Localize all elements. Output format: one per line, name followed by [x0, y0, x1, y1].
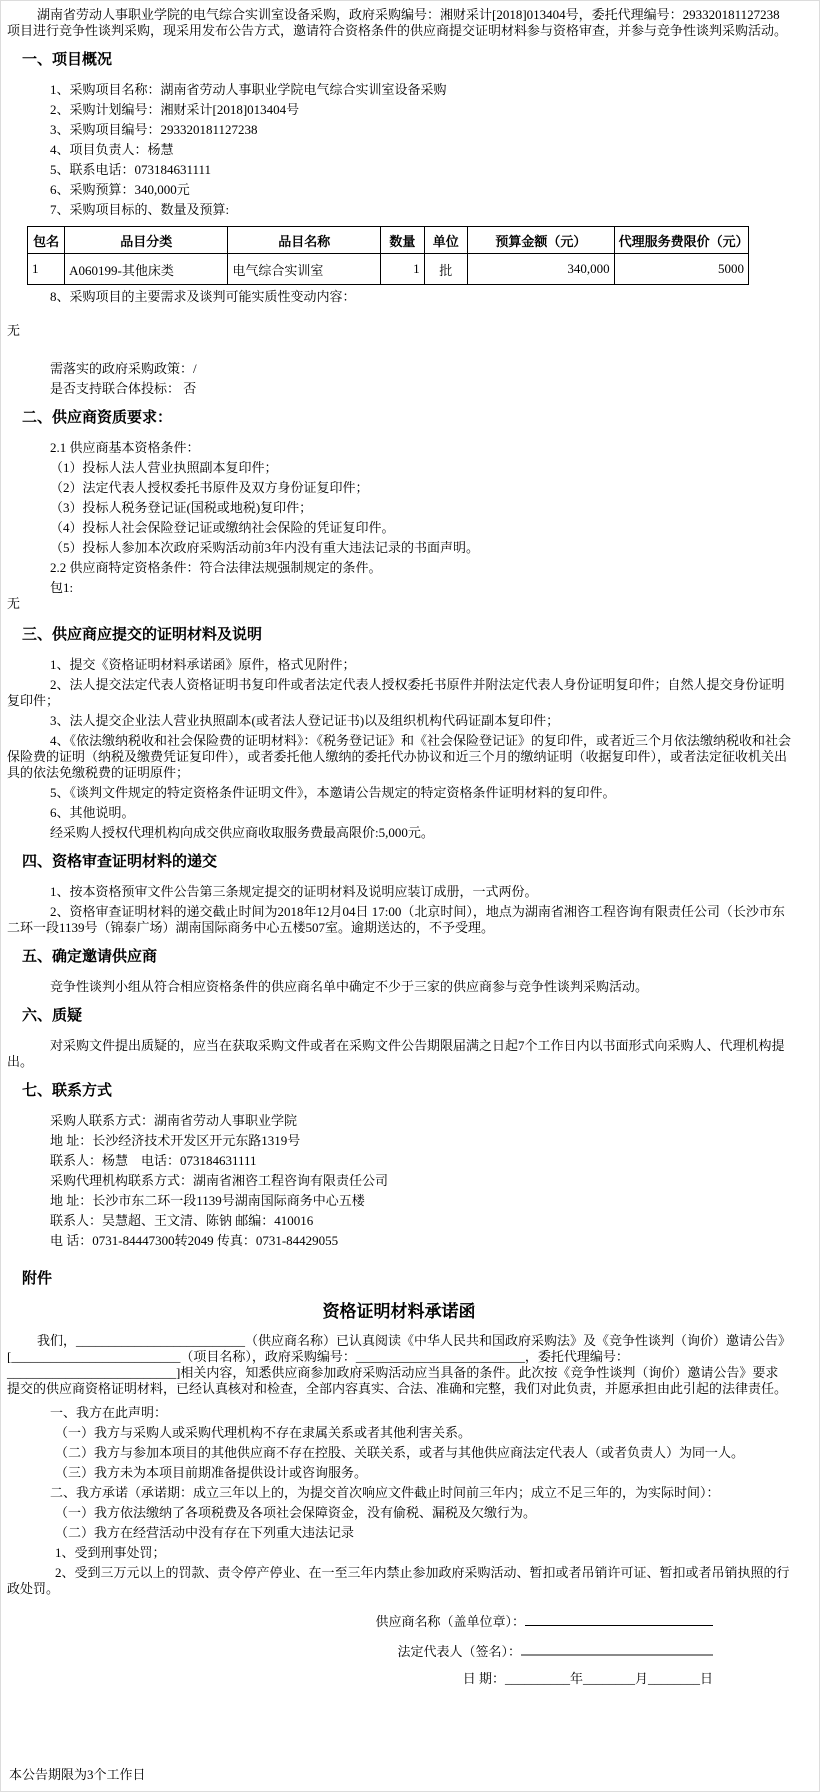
promise-title: 二、我方承诺（承诺期：成立三年以上的，为提交首次响应文件截止时间前三年内；成立不…: [7, 1485, 791, 1501]
promise-1: （一）我方依法缴纳了各项税费及各项社会保障资金，没有偷税、漏税及欠缴行为。: [7, 1505, 791, 1521]
purchaser-person: 联系人：杨慧 电话：073184631111: [7, 1153, 791, 1169]
items-intro: 7、采购项目标的、数量及预算:: [7, 202, 791, 218]
promise-2: （二）我方在经营活动中没有存在下列重大违法记录: [7, 1525, 791, 1541]
attachment-title: 资格证明材料承诺函: [7, 1301, 791, 1323]
cell-budget: 340,000: [468, 254, 615, 285]
intro-paragraph: 湖南省劳动人事职业学院的电气综合实训室设备采购，政府采购编号：湘财采计[2018…: [7, 7, 791, 39]
s2-cond-1: （1）投标人法人营业执照副本复印件；: [7, 460, 791, 476]
purchaser-contact: 采购人联系方式：湖南省劳动人事职业学院: [7, 1113, 791, 1129]
agency-persons: 联系人：吴慧超、王文清、陈钠 邮编：410016: [7, 1213, 791, 1229]
supplier-signature-line: 供应商名称（盖单位章）：: [7, 1611, 713, 1631]
none-text-2: 无: [7, 596, 791, 612]
joint-bid-line: 是否支持联合体投标： 否: [7, 381, 791, 397]
s3-item-1: 1、提交《资格证明材料承诺函》原件，格式见附件；: [7, 657, 791, 673]
policy-line: 需落实的政府采购政策：/: [7, 361, 791, 377]
declare-3: （三）我方未为本项目前期准备提供设计或咨询服务。: [7, 1465, 791, 1481]
announcement-page: 湖南省劳动人事职业学院的电气综合实训室设备采购，政府采购编号：湘财采计[2018…: [0, 0, 820, 1792]
supplier-name-blank: [525, 1611, 713, 1626]
commitment-paragraph: 我们，__________________________（供应商名称）已认真阅…: [7, 1333, 791, 1397]
s3-item-4: 4、《依法缴纳税收和社会保险费的证明材料》：《税务登记证》和《社会保险登记证》的…: [7, 733, 791, 781]
plan-number: 2、采购计划编号：湘财采计[2018]013404号: [7, 102, 791, 118]
table-row: 1 A060199-其他床类 电气综合实训室 1 批 340,000 5000: [28, 254, 749, 285]
header-item-name: 品目名称: [228, 227, 381, 254]
s2-specific-conditions: 2.2 供应商特定资格条件：符合法律法规强制规定的条件。: [7, 560, 791, 576]
section6-title: 六、质疑: [7, 1007, 791, 1026]
cell-unit: 批: [424, 254, 467, 285]
supplier-signature-label: 供应商名称（盖单位章）：: [375, 1614, 525, 1629]
attachment-label: 附件: [7, 1271, 791, 1287]
s4-item-1: 1、按本资格预审文件公告第三条规定提交的证明材料及说明应装订成册，一式两份。: [7, 884, 791, 900]
promise-3: 1、受到刑事处罚；: [7, 1545, 791, 1561]
table-header-row: 包名 品目分类 品目名称 数量 单位 预算金额（元） 代理服务费限价（元）: [28, 227, 749, 254]
section5-title: 五、确定邀请供应商: [7, 948, 791, 967]
s2-cond-3: （3）投标人税务登记证(国税或地税)复印件；: [7, 500, 791, 516]
cell-agency-fee: 5000: [614, 254, 748, 285]
procurement-items-table: 包名 品目分类 品目名称 数量 单位 预算金额（元） 代理服务费限价（元） 1 …: [27, 226, 749, 285]
legal-rep-signature-label: 法定代表人（签名）：: [397, 1644, 521, 1659]
s2-cond-4: （4）投标人社会保险登记证或缴纳社会保险的凭证复印件。: [7, 520, 791, 536]
s3-item-5: 5、《谈判文件规定的特定资格条件证明文件》，本邀请公告规定的特定资格条件证明材料…: [7, 785, 791, 801]
section1-title: 一、项目概况: [7, 51, 791, 70]
budget: 6、采购预算：340,000元: [7, 182, 791, 198]
s3-item-6: 6、其他说明。: [7, 805, 791, 821]
s3-item-2: 2、法人提交法定代表人资格证明书复印件或者法定代表人授权委托书原件并附法定代表人…: [7, 677, 791, 709]
s2-package1: 包1:: [7, 580, 791, 596]
date-line: 日 期：__________年________月________日: [7, 1670, 713, 1688]
declare-title: 一、我方在此声明：: [7, 1405, 791, 1421]
s2-basic-conditions: 2.1 供应商基本资格条件：: [7, 440, 791, 456]
purchaser-address: 地 址：长沙经济技术开发区开元东路1319号: [7, 1133, 791, 1149]
section4-title: 四、资格审查证明材料的递交: [7, 853, 791, 872]
s3-item-3: 3、法人提交企业法人营业执照副本(或者法人登记证书)以及组织机构代码证副本复印件…: [7, 713, 791, 729]
signature-block: 供应商名称（盖单位章）： 法定代表人（签名）： 日 期：__________年_…: [7, 1611, 791, 1688]
cell-package: 1: [28, 254, 65, 285]
project-leader: 4、项目负责人：杨慧: [7, 142, 791, 158]
header-quantity: 数量: [381, 227, 424, 254]
project-name: 1、采购项目名称：湖南省劳动人事职业学院电气综合实训室设备采购: [7, 82, 791, 98]
agency-contact: 采购代理机构联系方式：湖南省湘咨工程咨询有限责任公司: [7, 1173, 791, 1189]
header-package: 包名: [28, 227, 65, 254]
cell-item-name: 电气综合实训室: [228, 254, 381, 285]
s5-body: 竞争性谈判小组从符合相应资格条件的供应商名单中确定不少于三家的供应商参与竞争性谈…: [7, 979, 791, 995]
none-text-1: 无: [7, 323, 791, 339]
legal-rep-name-blank: [521, 1640, 713, 1656]
section2-title: 二、供应商资质要求：: [7, 409, 791, 428]
s3-service-fee-note: 经采购人授权代理机构向成交供应商收取服务费最高限价:5,000元。: [7, 825, 791, 841]
s4-item-2: 2、资格审查证明材料的递交截止时间为2018年12月04日 17:00（北京时间…: [7, 904, 791, 936]
agency-phone-fax: 电 话：0731-84447300转2049 传真：0731-84429055: [7, 1233, 791, 1249]
contact-phone: 5、联系电话：073184631111: [7, 162, 791, 178]
s6-body: 对采购文件提出质疑的，应当在获取采购文件或者在采购文件公告期限届满之日起7个工作…: [7, 1038, 791, 1070]
item8-requirements: 8、采购项目的主要需求及谈判可能实质性变动内容：: [7, 289, 791, 305]
project-number: 3、采购项目编号：293320181127238: [7, 122, 791, 138]
promise-4: 2、受到三万元以上的罚款、责令停产停业、在一至三年内禁止参加政府采购活动、暂扣或…: [7, 1565, 791, 1597]
legal-rep-signature-line: 法定代表人（签名）：: [7, 1640, 713, 1661]
cell-category: A060199-其他床类: [65, 254, 228, 285]
header-agency-fee: 代理服务费限价（元）: [614, 227, 748, 254]
agency-address: 地 址：长沙市东二环一段1139号湖南国际商务中心五楼: [7, 1193, 791, 1209]
section3-title: 三、供应商应提交的证明材料及说明: [7, 626, 791, 645]
s2-cond-2: （2）法定代表人授权委托书原件及双方身份证复印件；: [7, 480, 791, 496]
cell-quantity: 1: [381, 254, 424, 285]
header-category: 品目分类: [65, 227, 228, 254]
section7-title: 七、联系方式: [7, 1082, 791, 1101]
header-unit: 单位: [424, 227, 467, 254]
header-budget: 预算金额（元）: [468, 227, 615, 254]
declare-2: （二）我方与参加本项目的其他供应商不存在控股、关联关系，或者与其他供应商法定代表…: [7, 1445, 791, 1461]
s2-cond-5: （5）投标人参加本次政府采购活动前3年内没有重大违法记录的书面声明。: [7, 540, 791, 556]
declare-1: （一）我方与采购人或采购代理机构不存在隶属关系或者其他利害关系。: [7, 1425, 791, 1441]
announcement-period-note: 本公告期限为3个工作日: [9, 1767, 146, 1783]
